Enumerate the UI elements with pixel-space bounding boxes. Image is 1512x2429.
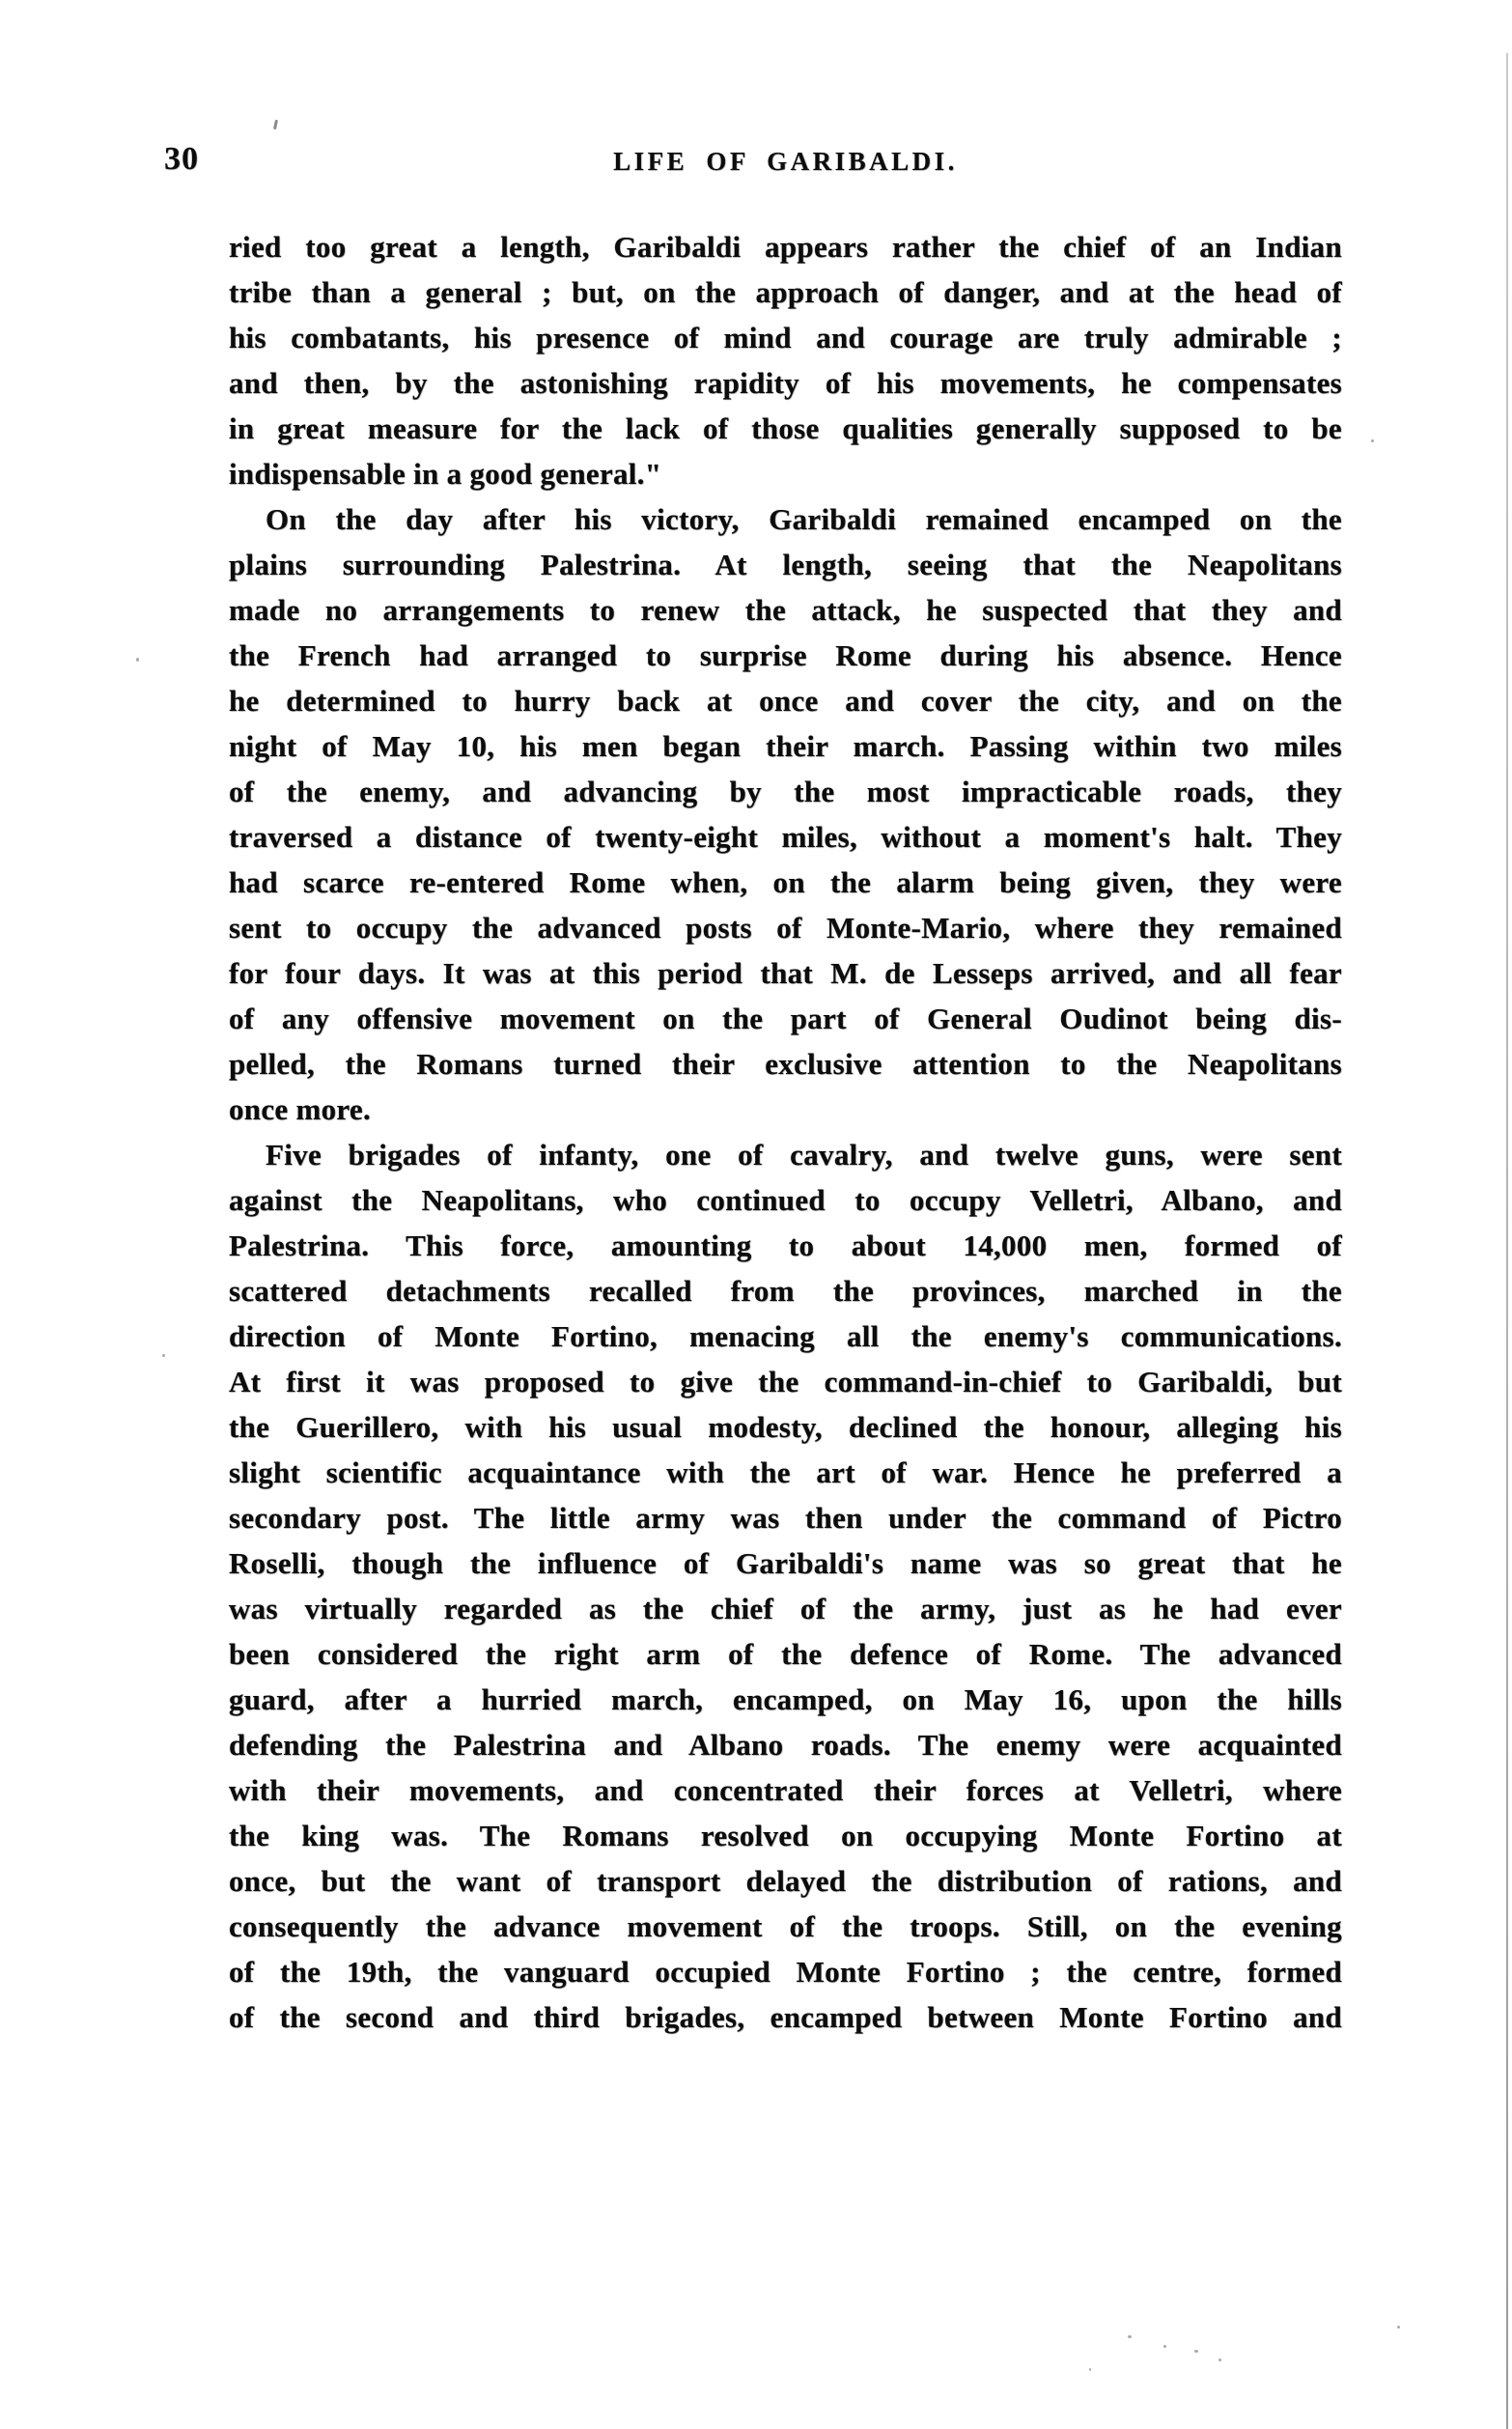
scan-speck xyxy=(1371,439,1374,442)
text-line: guard, after a hurried march, encamped, … xyxy=(229,1677,1342,1722)
scan-speck xyxy=(273,120,278,129)
text-line: plains surrounding Palestrina. At length… xyxy=(229,542,1342,587)
text-line: tribe than a general ; but, on the appro… xyxy=(229,269,1342,315)
text-line: Roselli, though the influence of Garibal… xyxy=(229,1540,1342,1586)
text-line: traversed a distance of twenty-eight mil… xyxy=(229,814,1342,860)
text-line: Five brigades of infanty, one of cavalry… xyxy=(229,1132,1342,1177)
scan-speck xyxy=(1218,2358,1221,2361)
text-line: with their movements, and concentrated t… xyxy=(229,1767,1342,1813)
text-line: ried too great a length, Garibaldi appea… xyxy=(229,224,1342,269)
text-line: the king was. The Romans resolved on occ… xyxy=(229,1813,1342,1858)
text-line: he determined to hurry back at once and … xyxy=(229,678,1342,723)
scan-speck xyxy=(1194,2350,1198,2353)
scan-speck xyxy=(1163,2345,1166,2348)
text-line: sent to occupy the advanced posts of Mon… xyxy=(229,905,1342,950)
text-line: indispensable in a good general." xyxy=(229,451,1342,496)
text-line: slight scientific acquaintance with the … xyxy=(229,1450,1342,1495)
text-line: for four days. It was at this period tha… xyxy=(229,950,1342,996)
page-number: 30 xyxy=(164,141,199,178)
text-line: of the 19th, the vanguard occupied Monte… xyxy=(229,1949,1342,1994)
book-page: 30 LIFE OF GARIBALDI. ried too great a l… xyxy=(0,0,1512,2429)
scan-edge-line xyxy=(1506,53,1508,2429)
text-line: At first it was proposed to give the com… xyxy=(229,1359,1342,1404)
text-line: secondary post. The little army was then… xyxy=(229,1495,1342,1540)
text-line: of the enemy, and advancing by the most … xyxy=(229,769,1342,814)
text-line: defending the Palestrina and Albano road… xyxy=(229,1722,1342,1767)
scan-speck xyxy=(1397,2326,1400,2329)
text-line: once more. xyxy=(229,1087,1342,1132)
text-line: was virtually regarded as the chief of t… xyxy=(229,1586,1342,1631)
text-line: direction of Monte Fortino, menacing all… xyxy=(229,1313,1342,1359)
text-line: had scarce re-entered Rome when, on the … xyxy=(229,860,1342,905)
text-line: in great measure for the lack of those q… xyxy=(229,406,1342,451)
text-line: of any offensive movement on the part of… xyxy=(229,996,1342,1041)
text-line: night of May 10, his men began their mar… xyxy=(229,723,1342,769)
text-line: made no arrangements to renew the attack… xyxy=(229,587,1342,633)
body-text: ried too great a length, Garibaldi appea… xyxy=(229,224,1342,2040)
text-line: and then, by the astonishing rapidity of… xyxy=(229,360,1342,406)
text-line: Palestrina. This force, amounting to abo… xyxy=(229,1223,1342,1268)
text-line: consequently the advance movement of the… xyxy=(229,1904,1342,1949)
scan-speck xyxy=(1128,2335,1132,2338)
scan-speck xyxy=(136,658,139,662)
text-line: been considered the right arm of the def… xyxy=(229,1631,1342,1677)
text-line: scattered detachments recalled from the … xyxy=(229,1268,1342,1313)
text-line: On the day after his victory, Garibaldi … xyxy=(229,496,1342,542)
text-line: against the Neapolitans, who continued t… xyxy=(229,1177,1342,1223)
running-header: LIFE OF GARIBALDI. xyxy=(229,147,1342,177)
scan-speck xyxy=(162,1354,165,1357)
text-line: once, but the want of transport delayed … xyxy=(229,1858,1342,1904)
text-line: of the second and third brigades, encamp… xyxy=(229,1994,1342,2040)
scan-speck xyxy=(1089,2368,1091,2371)
text-line: the French had arranged to surprise Rome… xyxy=(229,633,1342,678)
text-line: his combatants, his presence of mind and… xyxy=(229,315,1342,360)
text-line: the Guerillero, with his usual modesty, … xyxy=(229,1404,1342,1450)
text-line: pelled, the Romans turned their exclusiv… xyxy=(229,1041,1342,1087)
